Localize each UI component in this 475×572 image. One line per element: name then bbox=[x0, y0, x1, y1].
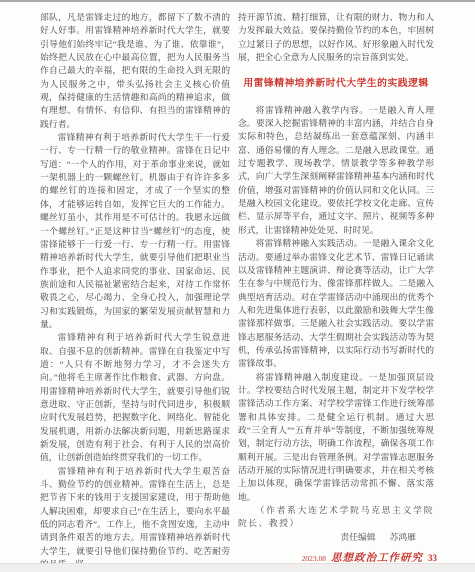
section-heading: 用雷锋精神培养新时代大学生的实践逻辑 bbox=[238, 77, 434, 90]
page-bottom-edge bbox=[0, 563, 475, 572]
paragraph-continuation: 部队，凡是雷锋走过的地方，都留下了数不清的好人好事。用雷锋精神培养新时代大学生，… bbox=[40, 11, 230, 131]
paragraph: 雷锋精神有利于培养新时代大学生艰苦奋斗、勤俭节约的创业精神。雷锋在生活上，总是把… bbox=[40, 465, 230, 572]
paragraph: 将雷锋精神融入教学内容。一是融入育人理念。要深入挖掘雷锋精神的丰富内涵，并结合自… bbox=[238, 104, 434, 237]
paragraph: 将雷锋精神融入制度建设。一是加强顶层设计。学校要结合时代发展主题，制定并下发学校… bbox=[238, 371, 434, 504]
paragraph: 雷锋精神有利于培养新时代大学生锐意进取、自强不息的创新精神。雷锋在自我鉴定中写道… bbox=[40, 331, 230, 464]
paragraph: 将雷锋精神融入实践活动。一是融入课余文化活动。要通过举办雷锋文化艺术节、雷锋日记… bbox=[238, 237, 434, 370]
right-text-column: 持开源节流、精打细算，让有限的财力、物力和人力发挥最大效益。要保持勤俭节约的本色… bbox=[238, 11, 434, 571]
paragraph: 雷锋精神有利于培养新时代大学生干一行爱一行、专一行精一行的敬业精神。雷锋在日记中… bbox=[40, 131, 230, 331]
text-columns: 部队，凡是雷锋走过的地方，都留下了数不清的好人好事。用雷锋精神培养新时代大学生，… bbox=[0, 0, 475, 571]
page-number: 33 bbox=[428, 553, 437, 563]
paragraph-continuation: 持开源节流、精打细算，让有限的财力、物力和人力发挥最大效益。要保持勤俭节约的本色… bbox=[238, 11, 434, 64]
editor-name: 苏鸿雁 bbox=[390, 532, 416, 542]
editor-line: 责任编辑苏鸿雁 bbox=[238, 531, 434, 544]
page-top-edge bbox=[0, 0, 475, 2]
editor-label: 责任编辑 bbox=[340, 532, 375, 542]
issue-date: 2023.08 bbox=[302, 554, 326, 563]
author-note: （作者系大连艺术学院马克思主义学院院长、教授） bbox=[238, 504, 434, 531]
left-text-column: 部队，凡是雷锋走过的地方，都留下了数不清的好人好事。用雷锋精神培养新时代大学生，… bbox=[40, 11, 230, 571]
journal-page: 部队，凡是雷锋走过的地方，都留下了数不清的好人好事。用雷锋精神培养新时代大学生，… bbox=[0, 0, 475, 572]
